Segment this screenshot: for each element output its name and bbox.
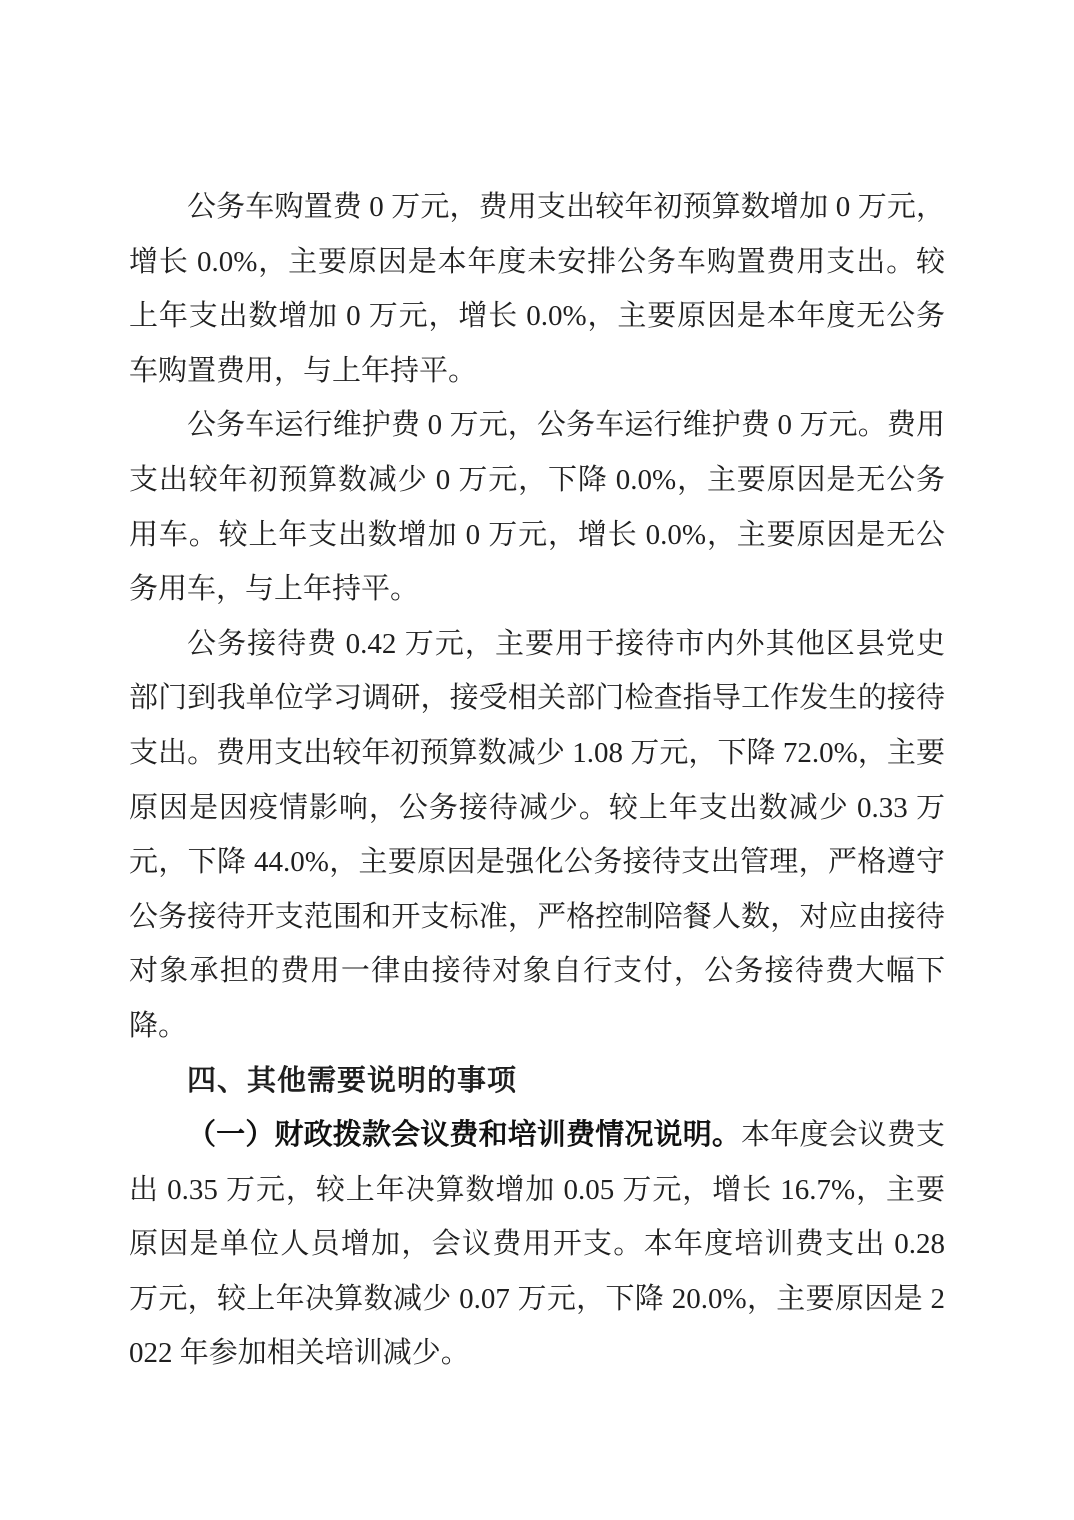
paragraph-vehicle-maintenance-fee: 公务车运行维护费 0 万元，公务车运行维护费 0 万元。费用支出较年初预算数减少… bbox=[129, 398, 945, 616]
paragraph-meeting-training-fees: （一）财政拨款会议费和培训费情况说明。本年度会议费支出 0.35 万元，较上年决… bbox=[129, 1108, 945, 1381]
paragraph-meeting-training-text: 本年度会议费支出 0.35 万元，较上年决算数增加 0.05 万元，增长 16.… bbox=[129, 1119, 945, 1369]
subsection-lead-meeting-training: （一）财政拨款会议费和培训费情况说明。 bbox=[187, 1119, 741, 1151]
paragraph-official-reception-fee: 公务接待费 0.42 万元，主要用于接待市内外其他区县党史部门到我单位学习调研，… bbox=[129, 617, 945, 1054]
document-body: 公务车购置费 0 万元，费用支出较年初预算数增加 0 万元，增长 0.0%，主要… bbox=[129, 180, 945, 1381]
paragraph-vehicle-purchase-fee: 公务车购置费 0 万元，费用支出较年初预算数增加 0 万元，增长 0.0%，主要… bbox=[129, 180, 945, 398]
section-heading-other-matters: 四、其他需要说明的事项 bbox=[129, 1054, 945, 1109]
document-page: 公务车购置费 0 万元，费用支出较年初预算数增加 0 万元，增长 0.0%，主要… bbox=[0, 0, 1074, 1520]
